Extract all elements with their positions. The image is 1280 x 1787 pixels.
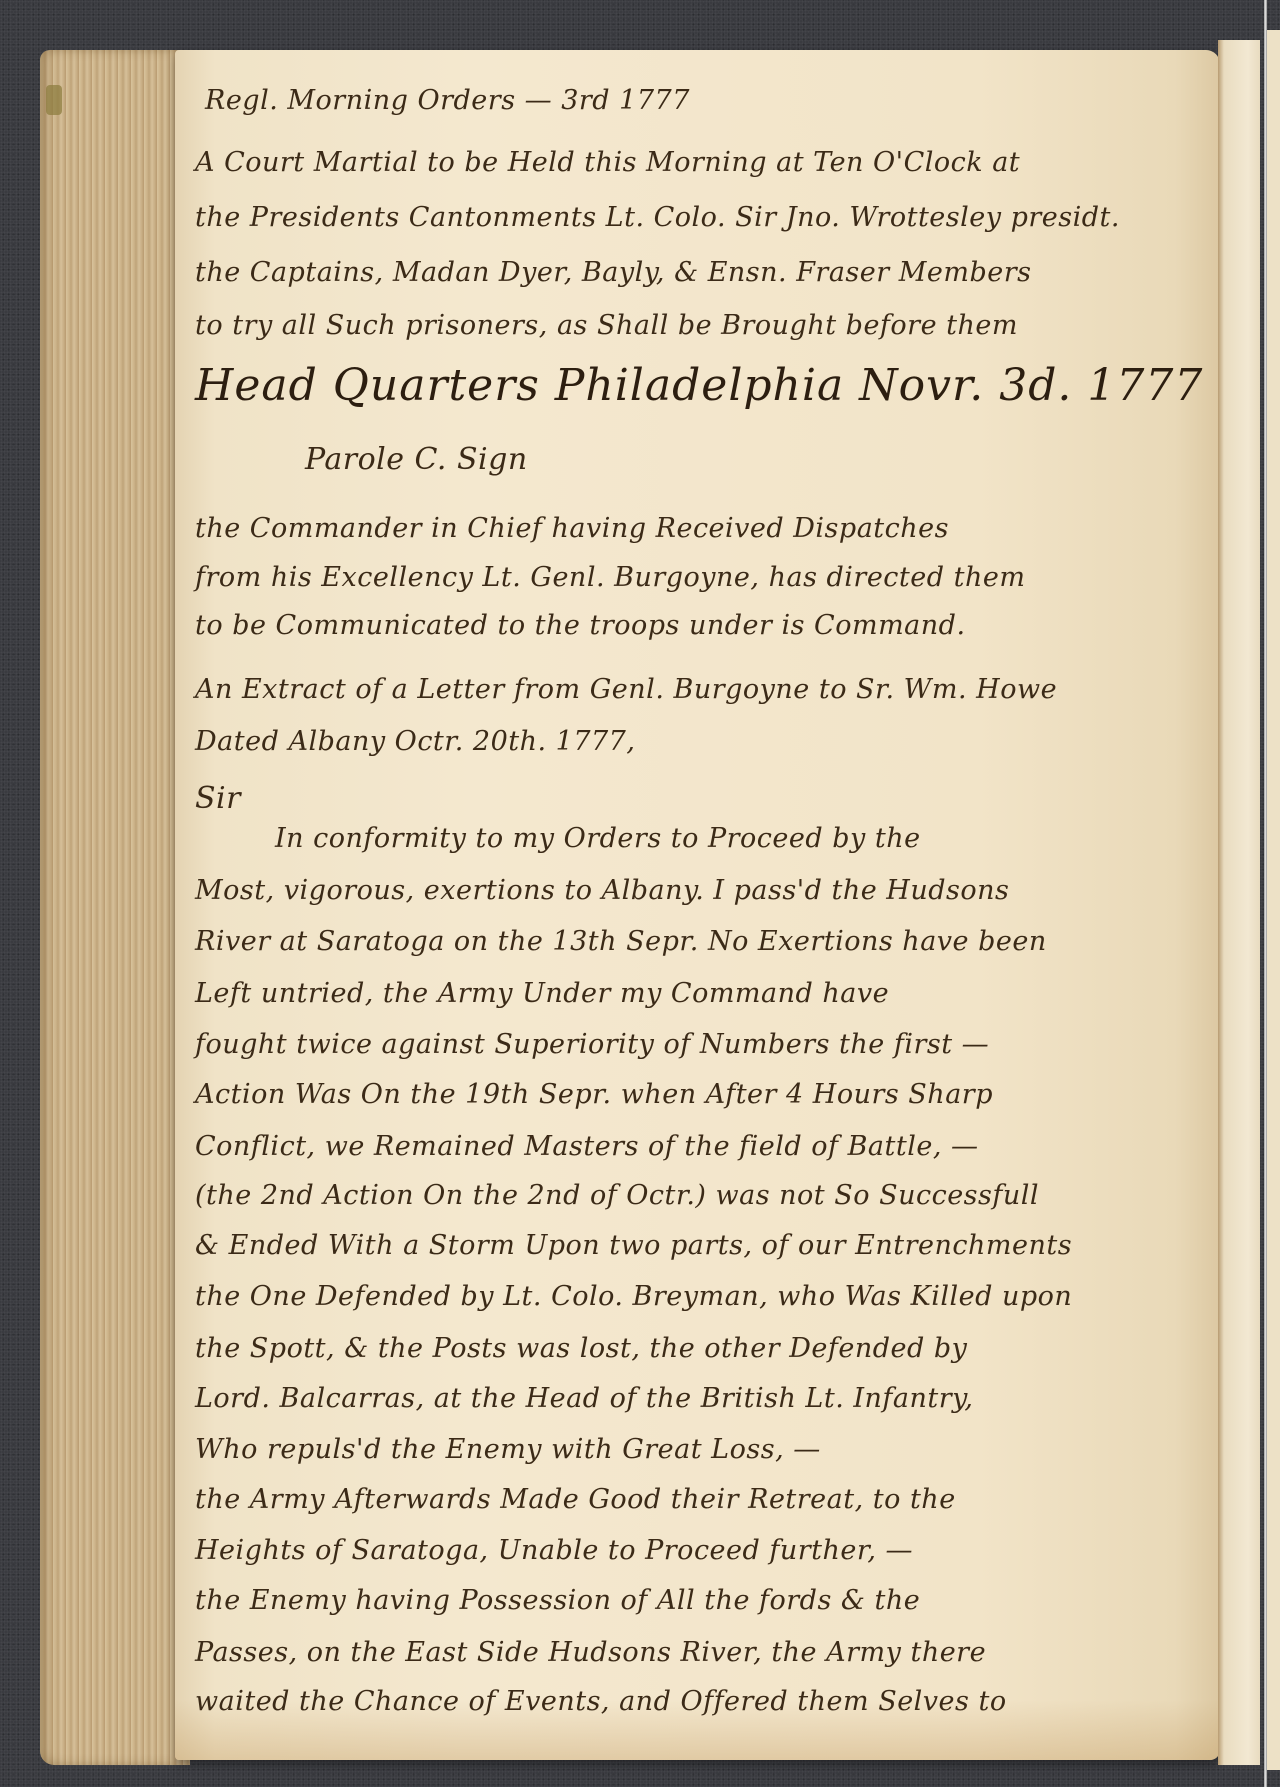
manuscript-line: the Army Afterwards Made Good their Retr…: [195, 1484, 956, 1515]
manuscript-line: the Spott, & the Posts was lost, the oth…: [195, 1333, 967, 1364]
manuscript-line: the One Defended by Lt. Colo. Breyman, w…: [195, 1281, 1072, 1312]
manuscript-line: In conformity to my Orders to Proceed by…: [275, 823, 921, 854]
manuscript-line: (the 2nd Action On the 2nd of Octr.) was…: [195, 1180, 1039, 1211]
manuscript-line: Action Was On the 19th Sepr. when After …: [195, 1079, 993, 1110]
manuscript-line: from his Excellency Lt. Genl. Burgoyne, …: [195, 562, 1025, 593]
book-gutter: [1218, 40, 1260, 1765]
manuscript-line: Passes, on the East Side Hudsons River, …: [195, 1637, 986, 1668]
book-fold-line: [1264, 0, 1267, 1787]
manuscript-line: fought twice against Superiority of Numb…: [195, 1029, 989, 1060]
manuscript-line: Parole C. Sign: [305, 442, 528, 477]
manuscript-line: An Extract of a Letter from Genl. Burgoy…: [195, 674, 1057, 705]
manuscript-line: waited the Chance of Events, and Offered…: [195, 1686, 1007, 1717]
manuscript-line: Sir: [195, 781, 241, 816]
section-heading: Head Quarters Philadelphia Novr. 3d. 177…: [195, 360, 1203, 411]
manuscript-line: the Enemy having Possession of All the f…: [195, 1585, 920, 1616]
manuscript-line: A Court Martial to be Held this Morning …: [195, 147, 1020, 178]
manuscript-line: to try all Such prisoners, as Shall be B…: [195, 310, 1018, 341]
book-page-edges: [40, 50, 190, 1765]
manuscript-line: Heights of Saratoga, Unable to Proceed f…: [195, 1535, 913, 1566]
manuscript-line: Regl. Morning Orders — 3rd 1777: [205, 85, 690, 116]
manuscript-line: Lord. Balcarras, at the Head of the Brit…: [195, 1383, 973, 1414]
manuscript-line: River at Saratoga on the 13th Sepr. No E…: [195, 926, 1047, 957]
manuscript-line: & Ended With a Storm Upon two parts, of …: [195, 1230, 1072, 1261]
manuscript-line: the Captains, Madan Dyer, Bayly, & Ensn.…: [195, 257, 1032, 288]
manuscript-line: the Commander in Chief having Received D…: [195, 513, 949, 544]
facing-page-edge: [1267, 30, 1280, 1770]
manuscript-line: to be Communicated to the troops under i…: [195, 610, 966, 641]
manuscript-line: Most, vigorous, exertions to Albany. I p…: [195, 875, 1009, 906]
manuscript-line: Who repuls'd the Enemy with Great Loss, …: [195, 1434, 821, 1465]
manuscript-line: Dated Albany Octr. 20th. 1777,: [195, 726, 635, 757]
manuscript-line: Conflict, we Remained Masters of the fie…: [195, 1131, 979, 1162]
manuscript-line: the Presidents Cantonments Lt. Colo. Sir…: [195, 202, 1120, 233]
manuscript-line: Left untried, the Army Under my Command …: [195, 978, 889, 1009]
